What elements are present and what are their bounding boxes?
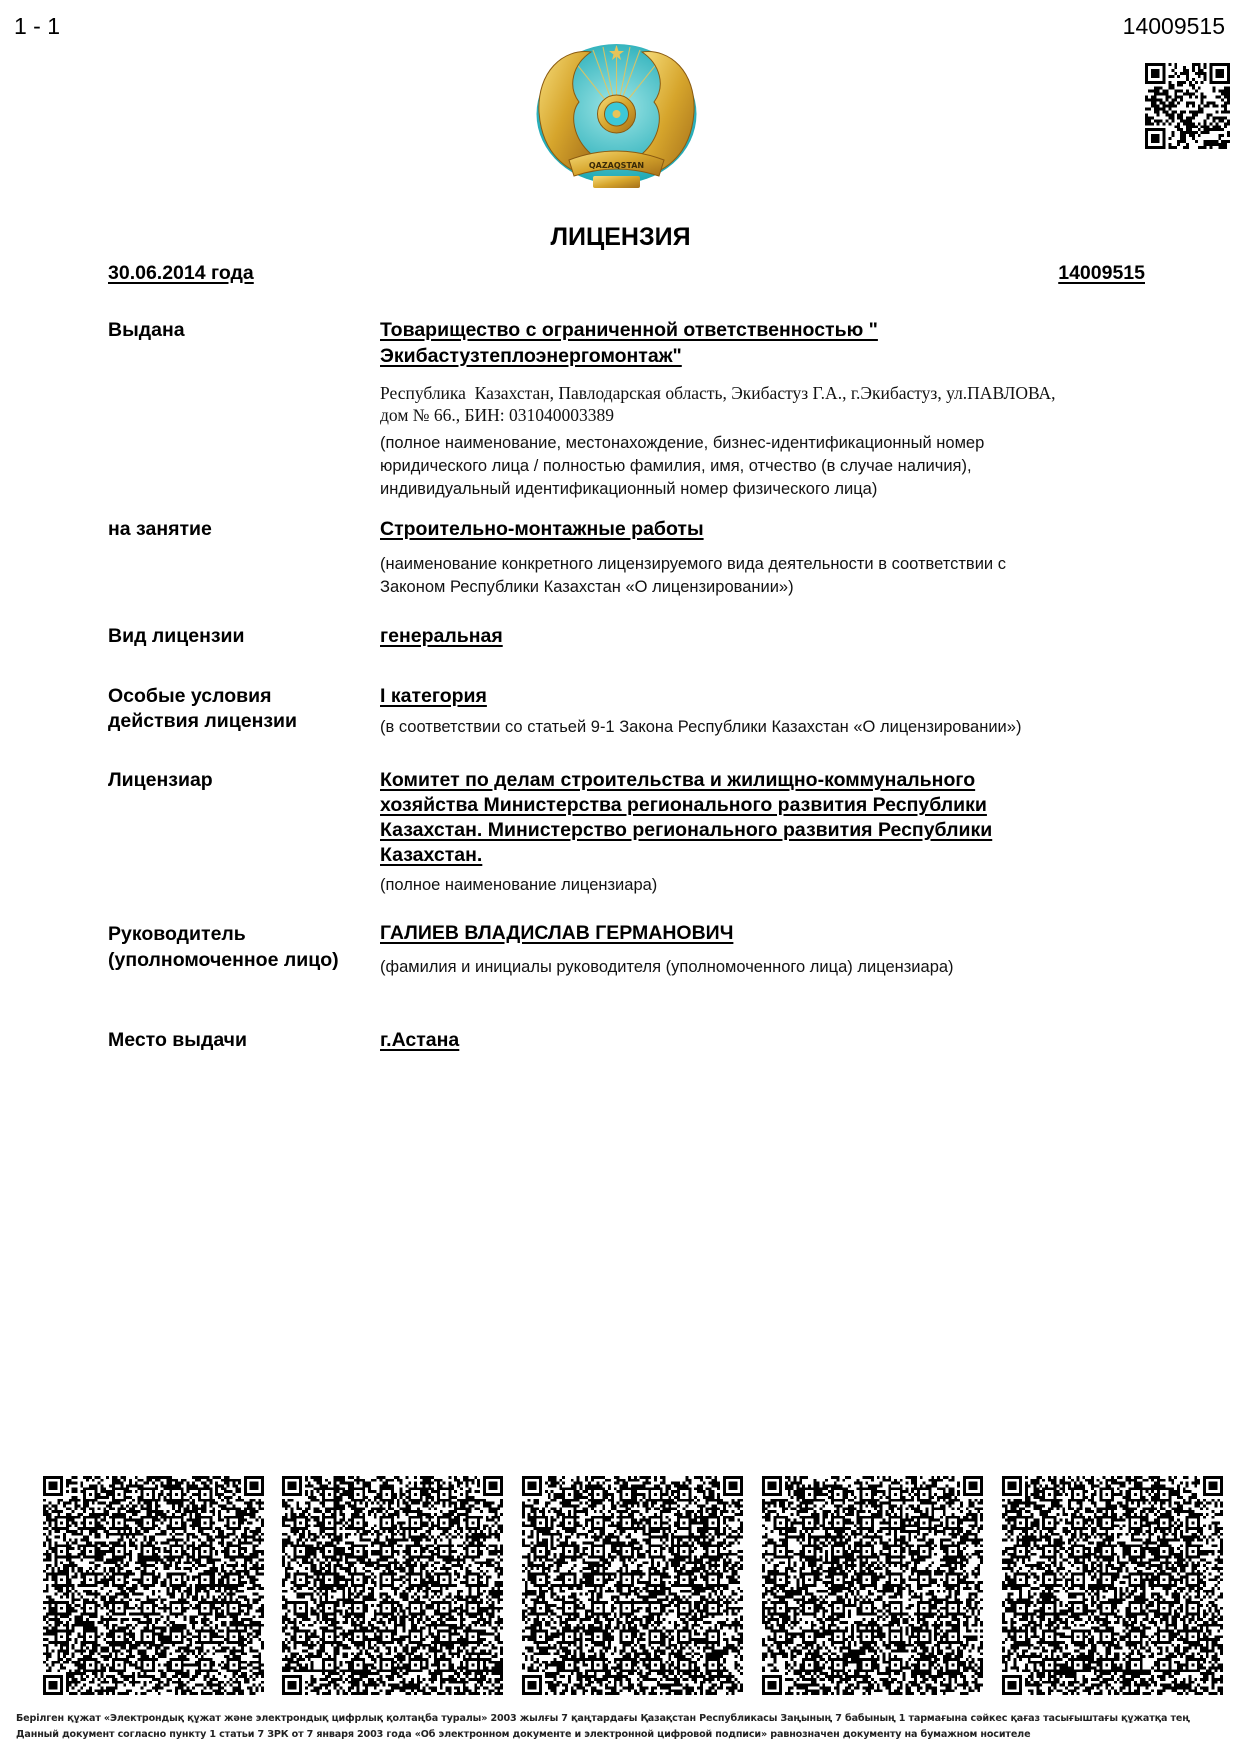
document-number-header: 14009515 [1123, 15, 1225, 38]
issued-to-value: Товарищество с ограниченной ответственно… [380, 318, 878, 369]
special-conditions-label: Особые условия действия лицензии [108, 684, 297, 734]
issued-to-label: Выдана [108, 318, 185, 343]
footer-line-kz: Берілген құжат «Электрондық құжат және э… [16, 1711, 1190, 1727]
svg-text:QAZAQSTAN: QAZAQSTAN [589, 161, 644, 170]
place-value: г.Астана [380, 1028, 459, 1054]
special-conditions-hint: (в соответствии со статьей 9-1 Закона Ре… [380, 716, 1021, 739]
document-title: ЛИЦЕНЗИЯ [0, 222, 1241, 252]
activity-label: на занятие [108, 517, 212, 542]
qr-code-icon [522, 1476, 743, 1695]
qr-code-icon [1002, 1476, 1223, 1695]
qr-code-icon [43, 1476, 264, 1695]
license-number: 14009515 [1058, 262, 1145, 285]
issued-to-hint: (полное наименование, местонахождение, б… [380, 432, 984, 501]
special-conditions-value: I категория [380, 684, 487, 710]
issue-date: 30.06.2014 года [108, 262, 254, 285]
license-type-value: генеральная [380, 624, 503, 650]
legal-footer: Берілген құжат «Электрондық құжат және э… [16, 1711, 1190, 1743]
head-label: Руководитель (уполномоченное лицо) [108, 921, 339, 973]
qr-code-icon [282, 1476, 503, 1695]
state-emblem-icon: QAZAQSTAN [533, 42, 700, 190]
place-label: Место выдачи [108, 1028, 247, 1053]
qr-code-icon [762, 1476, 983, 1695]
license-type-label: Вид лицензии [108, 624, 245, 649]
head-hint: (фамилия и инициалы руководителя (уполно… [380, 956, 954, 979]
page-indicator: 1 - 1 [14, 15, 60, 38]
activity-value: Строительно-монтажные работы [380, 517, 704, 543]
issued-to-address: Республика Казахстан, Павлодарская облас… [380, 383, 1056, 426]
licensor-hint: (полное наименование лицензиара) [380, 874, 657, 897]
activity-hint: (наименование конкретного лицензируемого… [380, 553, 1006, 599]
head-value: ГАЛИЕВ ВЛАДИСЛАВ ГЕРМАНОВИЧ [380, 921, 733, 947]
footer-line-ru: Данный документ согласно пункту 1 статьи… [16, 1727, 1190, 1743]
qr-code-icon [1145, 63, 1230, 149]
licensor-label: Лицензиар [108, 768, 213, 793]
licensor-value: Комитет по делам строительства и жилищно… [380, 768, 992, 868]
